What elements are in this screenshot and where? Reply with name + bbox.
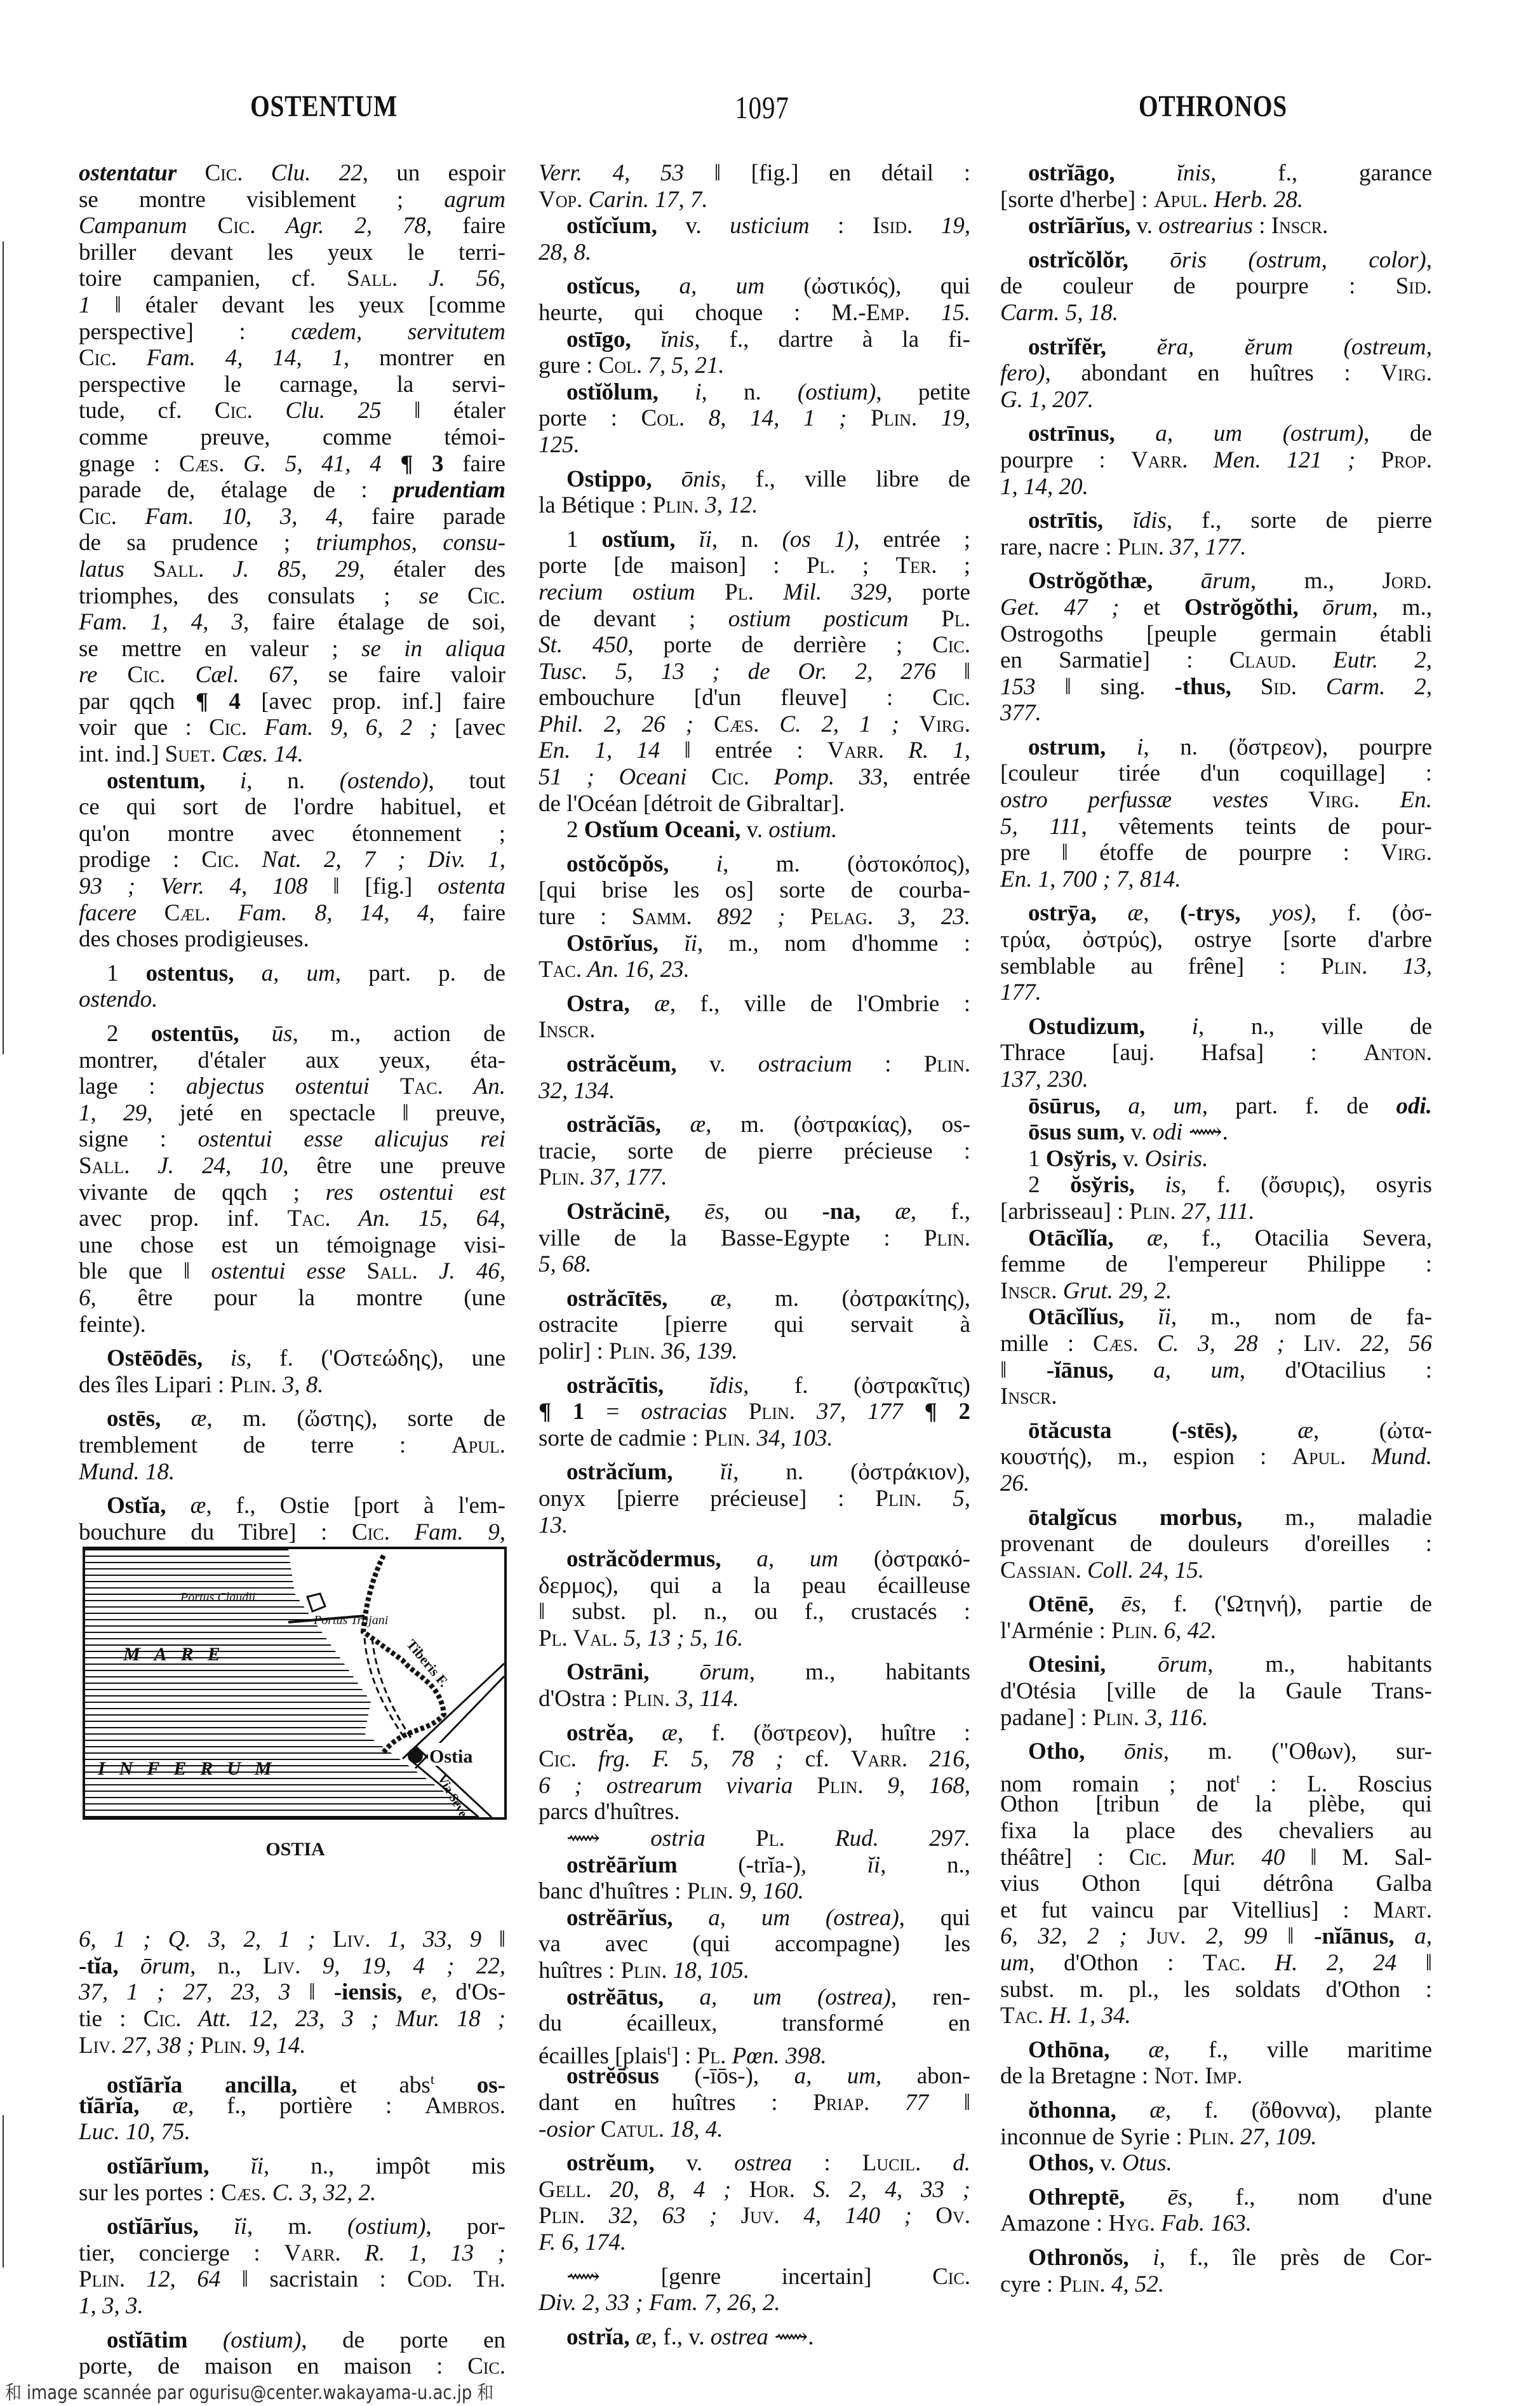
entry-line: Otācĭlĭus, ĭi, m., nom de fa-	[1000, 1304, 1432, 1331]
entry-text: Coll. 24, 15.	[1081, 1557, 1204, 1583]
entry-text: Juv.	[1127, 1923, 1186, 1949]
entry-text: , entrée ;	[854, 527, 970, 553]
entry-text: , entrée	[883, 764, 970, 790]
entry-line: Cic. Fam. 4, 14, 1, montrer en	[79, 345, 506, 372]
entry-text: ōrum	[650, 1659, 749, 1685]
entry-text: C. 2, 1 ;	[759, 711, 899, 737]
entry-line: de devant ; ostium posticum Pl.	[539, 606, 970, 633]
entry-text: , être pour la montre (une	[91, 1285, 506, 1311]
entry-text: ĭi	[199, 2214, 247, 2240]
entry-text: (ὀστρακό-	[838, 1546, 970, 1572]
entry-text: Plin.	[609, 1338, 655, 1364]
entry-text: Cic.	[201, 847, 239, 873]
entry-text: 377.	[1000, 700, 1041, 726]
entry-text: d.	[921, 2150, 970, 2176]
entry-text: Varr.	[827, 737, 884, 763]
entry-line: Pl. Val. 5, 13 ; 5, 16.	[539, 1625, 970, 1652]
entry-text: une chose est un témoignage visi-	[79, 1232, 506, 1258]
headword: ¶ 3	[382, 451, 444, 477]
entry-line: [sorte d'herbe] : Apul. Herb. 28.	[1000, 187, 1432, 213]
entry-text: res ostentui est	[326, 1179, 506, 1206]
entry-text: 5, 111	[1000, 814, 1081, 840]
entry-text: de sa prudence ;	[79, 530, 316, 556]
entry-line: ostŏcŏpŏs, i, m. (ὀστοκόπος),	[539, 851, 970, 878]
entry-text: Suet.	[165, 741, 216, 767]
entry-text: J. 24, 10	[130, 1153, 283, 1179]
map-label-portus-claudii: Portus Claudii	[180, 1590, 255, 1604]
entry-line: ville de la Basse-Egypte : Plin.	[539, 1225, 970, 1252]
entry-text: Div. 2, 33 ; Fam. 7, 26, 2.	[539, 2290, 780, 2316]
entry-line: des îles Lipari : Plin. 3, 8.	[79, 1372, 506, 1399]
entry-line: Othon [tribun de la plèbe, qui	[1000, 1791, 1432, 1818]
entry-line: ture : Samm. 892 ; Pelag. 3, 23.	[539, 904, 970, 931]
entry-text: Cic.	[177, 160, 243, 186]
entry-text: , d'Os-	[431, 1979, 506, 2005]
entry-text: et fut vaincu par Vitellius] :	[1000, 1897, 1373, 1923]
entry-line: 1, 3, 3.	[79, 2293, 506, 2320]
entry-text: , un espoir	[363, 160, 506, 186]
entry-text: Catul.	[594, 2116, 664, 2142]
entry-text: -osior	[539, 2116, 594, 2142]
entry-text: Cic.	[1129, 1845, 1167, 1871]
entry-line: onyx [pierre précieuse] : Plin. 5,	[539, 1486, 970, 1512]
entry-text: , faire	[426, 213, 506, 239]
entry-line: Ostudizum, i, n., ville de	[1000, 1014, 1432, 1040]
entry-text: v.	[1094, 2150, 1122, 2176]
entry-text: , f., ville libre de	[721, 466, 970, 492]
entry-text: 3, 8.	[277, 1372, 324, 1398]
entry-line: ostrĕōsus (-īōs-), a, um, abon-	[539, 2063, 970, 2090]
entry-text: æ	[140, 2093, 189, 2119]
headword: Otācĭlĭus,	[1028, 1304, 1124, 1330]
entry-text: æ	[630, 991, 670, 1017]
entry-line: ostrĭfĕr, ĕra, ĕrum (ostreum,	[1000, 334, 1432, 361]
entry-text: , étaler des	[359, 556, 506, 582]
headword: Othos,	[1028, 2150, 1094, 2176]
entry-text: ‖	[928, 2090, 970, 2116]
entry-text: Plin.	[620, 1958, 667, 1984]
entry-text: a, um (ostrum)	[1115, 420, 1363, 447]
entry-text: Pl.	[695, 579, 754, 605]
entry-text: Varr.	[851, 1746, 907, 1772]
entry-line: 6 ; ostrearum vivaria Plin. 9, 168,	[539, 1773, 970, 1799]
entry-text: se mettre en valeur ;	[79, 636, 361, 662]
entry-text: Pl. Val.	[539, 1625, 618, 1651]
entry-line: ostrīnus, a, um (ostrum), de	[1000, 420, 1432, 447]
entry-text: , f., dartre à la fi-	[694, 326, 970, 353]
entry-text: huîtres :	[539, 1958, 620, 1984]
entry-text: 2	[566, 817, 584, 843]
entry-text: 2, 99	[1186, 1923, 1268, 1949]
entry-line: 6, être pour la montre (une	[79, 1285, 506, 1312]
entry-text: Prop.	[1355, 447, 1432, 473]
entry-line: triomphes, des consulats ; se Cic.	[79, 583, 506, 610]
entry-text: Eutr. 2,	[1297, 647, 1432, 673]
headword: Otesini,	[1028, 1651, 1106, 1677]
entry-text: 1	[566, 527, 601, 553]
entry-text: ⟿.	[768, 2324, 814, 2350]
entry-text: 26.	[1000, 1470, 1029, 1496]
entry-line: ostĭcĭum, v. usticium : Isid. 19,	[539, 213, 970, 239]
entry-line: -tĭa, ōrum, n., Liv. 9, 19, 4 ; 22,	[79, 1953, 506, 1980]
entry-line: ostĭcus, a, um (ὠστικός), qui	[539, 273, 970, 300]
entry-text: (ostium)	[798, 379, 876, 405]
entry-line: et fut vaincu par Vitellius] : Mart.	[1000, 1897, 1432, 1924]
ostia-map: Portus Claudii Portus Trajani MARE INFER…	[83, 1547, 507, 1820]
entry-text: Plin.	[1111, 1618, 1158, 1644]
entry-text: Plin.	[539, 2203, 585, 2229]
entry-text: H. 1, 34.	[1043, 2003, 1131, 2029]
headword: ostrĕātus,	[566, 1984, 664, 2010]
entry-text: lage :	[79, 1073, 186, 1099]
entry-line: se mettre en valeur ; se in aliqua	[79, 636, 506, 662]
entry-text: :	[792, 2150, 862, 2176]
entry-text: 9, 14.	[247, 2033, 306, 2059]
entry-line: ostrĕa, æ, f. (ὄστρεον), huître :	[539, 1720, 970, 1747]
entry-text: Fam. 4, 14, 1	[117, 345, 344, 371]
entry-text: 15.	[910, 300, 970, 326]
entry-text: , faire	[429, 900, 506, 926]
entry-text: des choses prodigieuses.	[79, 926, 309, 952]
entry-text: 6, 1 ; Q. 3, 2, 1 ;	[79, 1926, 316, 1952]
entry-text: ostrea	[734, 2150, 792, 2176]
entry-line: Ostippo, ōnis, f., ville libre de	[539, 466, 970, 493]
entry-text: e	[403, 1979, 431, 2005]
headword: ostīgo,	[566, 326, 631, 353]
entry-text: æ	[1097, 900, 1143, 926]
entry-line: Inscr.	[1000, 1383, 1432, 1410]
entry-line: banc d'huîtres : Plin. 9, 160.	[539, 1878, 970, 1905]
entry-text: , tout	[428, 768, 506, 794]
entry-text: 27, 38 ;	[116, 2033, 194, 2059]
entry-text: 1, 33, 9	[370, 1926, 481, 1952]
entry-text: Herb. 28.	[1208, 187, 1303, 213]
entry-line: des choses prodigieuses.	[79, 926, 506, 953]
entry-line: tude, cf. Cic. Clu. 25 ‖ étaler	[79, 398, 506, 424]
headword: Ostra,	[566, 991, 630, 1017]
entry-text: , f., sorte de pierre	[1167, 507, 1432, 534]
entry-text: , faire parade	[337, 504, 506, 530]
entry-text: 3, 114.	[670, 1686, 739, 1712]
entry-text: Juv.	[717, 2203, 780, 2229]
entry-text: 1	[107, 960, 146, 986]
headword: -na,	[822, 1199, 861, 1225]
entry-text: Sid.	[1231, 674, 1297, 700]
entry-text: a, um	[721, 1546, 839, 1572]
headword: ostrăcītis,	[566, 1373, 664, 1399]
entry-line: δερμος), qui a la peau écailleuse	[539, 1573, 970, 1599]
entry-text: , faire étalage de soi,	[243, 609, 506, 635]
entry-line: 1, 29, jeté en spectacle ‖ preuve,	[79, 1100, 506, 1127]
entry-text: Thrace [auj. Hafsa] :	[1000, 1040, 1363, 1066]
entry-text: 1, 3, 3.	[79, 2293, 144, 2319]
entry-line: femme de l'empereur Philippe :	[1000, 1251, 1432, 1278]
entry-line: sorte de cadmie : Plin. 34, 103.	[539, 1425, 970, 1452]
entry-line: Plin. 32, 63 ; Juv. 4, 140 ; Ov.	[539, 2203, 970, 2229]
entry-text: Plin.	[1321, 953, 1367, 979]
entry-text: Cic.	[932, 632, 970, 658]
entry-text: dant en huîtres :	[539, 2090, 813, 2116]
entry-line: mille : Cæs. C. 3, 28 ; Liv. 22, 56	[1000, 1331, 1432, 1357]
entry-text: , f., portière :	[188, 2093, 425, 2119]
entry-line: padane] : Plin. 3, 116.	[1000, 1705, 1432, 1731]
entry-text: Rud. 297.	[785, 1825, 970, 1852]
entry-text: ‖ entrée :	[660, 737, 827, 763]
entry-line: Ostra, æ, f., ville de l'Ombrie :	[539, 991, 970, 1018]
entry-line: 125.	[539, 432, 970, 459]
entry-text: Tac.	[539, 957, 582, 983]
entry-text: agrum	[444, 187, 506, 213]
headword: ostrīnus,	[1028, 420, 1115, 447]
entry-text: ostrea	[711, 2324, 768, 2350]
entry-text: Inscr.	[1271, 213, 1329, 239]
entry-text: Ostrogoths [peuple germain établi	[1000, 621, 1432, 647]
entry-text: Hor.	[731, 2177, 795, 2203]
entry-text: cyre :	[1000, 2271, 1059, 2297]
entry-text: , f., île près de Cor-	[1160, 2245, 1432, 2271]
entry-text: ostria	[650, 1825, 705, 1852]
entry-line: pre ‖ étoffe de pourpre : Virg.	[1000, 840, 1432, 866]
entry-line: Liv. 27, 38 ; Plin. 9, 14.	[79, 2033, 506, 2059]
entry-line: 26.	[1000, 1470, 1432, 1497]
entry-text: Pomp. 33	[749, 764, 883, 790]
entry-text: triomphes, des consulats ;	[79, 583, 419, 609]
entry-text: 6 ; ostrearum vivaria	[539, 1773, 793, 1799]
entry-line: Get. 47 ; et Ostrŏgŏthi, ōrum, m.,	[1000, 595, 1432, 621]
entry-line: Inscr.	[539, 1017, 970, 1044]
entry-text: a, um	[234, 960, 335, 986]
entry-text: Sall.	[124, 556, 204, 582]
entry-text: re	[79, 662, 97, 688]
entry-text: v.	[740, 817, 768, 843]
headword: -nĭānus,	[1314, 1923, 1394, 1949]
entry-line: tier, concierge : Varr. R. 1, 13 ;	[79, 2240, 506, 2267]
entry-text: se montre visiblement ;	[79, 187, 444, 213]
entry-text: Mur. 40	[1167, 1845, 1285, 1871]
entry-text: , m. (ὀστρακίας), os-	[706, 1112, 970, 1138]
entry-text: 4, 52.	[1106, 2271, 1165, 2297]
entry-text: :	[1253, 213, 1271, 239]
entry-text: ,	[1143, 900, 1180, 926]
entry-text: 2	[107, 1021, 151, 1047]
entry-text: comme preuve, comme témoi-	[79, 424, 506, 450]
entry-text: ture :	[539, 904, 632, 930]
entry-text: gnage :	[79, 451, 179, 477]
headword: Othronŏs,	[1028, 2245, 1129, 2271]
headword: ostentum,	[107, 768, 205, 794]
entry-text: Cæl.	[137, 900, 211, 926]
entry-text: J. 85, 29	[204, 556, 359, 582]
entry-text: Cic.	[187, 213, 256, 239]
entry-text: , m., habitants	[749, 1659, 970, 1685]
entry-text: [avec	[438, 715, 506, 741]
entry-text: avec prop. inf.	[79, 1206, 288, 1232]
entry-text: 5, 68.	[539, 1251, 591, 1277]
entry-text: Plin.	[924, 1051, 970, 1077]
entry-text: Priap.	[813, 2090, 869, 2116]
entry-line: se montre visiblement ; agrum	[79, 187, 506, 213]
entry-line: embouchure [d'un fleuve] : Cic.	[539, 685, 970, 711]
entry-text: voir que :	[79, 715, 209, 741]
entry-line: signe : ostentui esse alicujus rei	[79, 1126, 506, 1153]
entry-line: 93 ; Verr. 4, 108 ‖ [fig.] ostenta	[79, 873, 506, 900]
entry-line: huîtres : Plin. 18, 105.	[539, 1958, 970, 1984]
entry-text: , n. (ὄστρεον), pourpre	[1143, 734, 1432, 760]
entry-line: semblable au frêne] : Plin. 13,	[1000, 953, 1432, 980]
entry-line: ostrȳa, æ, (-trys, yos), f. (ὀσ-	[1000, 900, 1432, 927]
entry-line: ostrum, i, n. (ὄστρεον), pourpre	[1000, 734, 1432, 761]
entry-text: i	[1106, 734, 1143, 760]
entry-text: 22, 56	[1341, 1331, 1432, 1357]
entry-text: Cic.	[215, 398, 253, 424]
entry-text: tude, cf.	[79, 398, 215, 424]
entry-line: Otēnē, ēs, f. ('Ωτηνή), partie de	[1000, 1591, 1432, 1618]
entry-text: An.	[443, 1073, 506, 1099]
entry-text: i	[1129, 2245, 1160, 2271]
entry-line: ostĭātim (ostium), de porte en	[79, 2327, 506, 2354]
entry-text: triumphos, consu-	[316, 530, 506, 556]
entry-text: fero)	[1000, 360, 1045, 386]
entry-text: Plin.	[1093, 1705, 1139, 1731]
entry-text: , m. (ὀστρακίτης),	[726, 1286, 970, 1312]
entry-text: Cic.	[539, 1746, 577, 1772]
entry-text: Cic.	[686, 764, 749, 790]
entry-line: ōtăcusta (-stēs), æ, (ὠτα-	[1000, 1418, 1432, 1444]
headword: ostrăcītēs,	[566, 1286, 667, 1312]
entry-line: St. 450, porte de derrière ; Cic.	[539, 632, 970, 659]
entry-line: gure : Col. 7, 5, 21.	[539, 353, 970, 379]
entry-text: , porte	[887, 579, 970, 605]
entry-line: pourpre : Varr. Men. 121 ; Prop.	[1000, 447, 1432, 474]
headword: ostrum,	[1028, 734, 1106, 760]
entry-line: ōsus sum, v. odi ⟿.	[1000, 1119, 1432, 1146]
entry-text: ōris (ostrum, color)	[1128, 247, 1426, 273]
entry-line: recium ostium Pl. Mil. 329, porte	[539, 579, 970, 606]
entry-text: porte, de maison en maison :	[79, 2353, 467, 2379]
entry-text: 153	[1000, 674, 1036, 700]
entry-text: 1	[1028, 1146, 1046, 1172]
entry-line: ostĭārĭus, ĭi, m. (ostium), por-	[79, 2214, 506, 2240]
headword: ostrĕōsus	[566, 2063, 659, 2089]
entry-line: ostrăcĭum, ĭi, n. (ὀστράκιον),	[539, 1459, 970, 1486]
entry-text: Cic.	[439, 583, 506, 609]
scan-edge-line	[3, 2115, 4, 2268]
entry-text: 13,	[1367, 953, 1432, 979]
entry-line: Tac. An. 16, 23.	[539, 957, 970, 983]
entry-text: polir] :	[539, 1338, 609, 1364]
entry-line: perspective] : cædem, servitutem	[79, 319, 506, 346]
dictionary-column-3: ostrĭāgo, ĭnis, f., garance[sorte d'herb…	[1000, 160, 1432, 2297]
entry-text: parcs d'huîtres.	[539, 1799, 680, 1825]
entry-text: En. 1, 700 ; 7, 814.	[1000, 866, 1181, 892]
entry-text: ārum	[1153, 568, 1250, 594]
page-number: 1097	[658, 89, 866, 126]
entry-text: 1, 14, 20.	[1000, 474, 1088, 500]
entry-text: cf.	[784, 1746, 851, 1772]
entry-text: Virg.	[1381, 840, 1432, 866]
entry-text: , f.,	[911, 1199, 970, 1225]
entry-line: Sall. J. 24, 10, être une preuve	[79, 1153, 506, 1179]
entry-text: , m. (ὤστης), sorte de	[206, 1406, 506, 1432]
entry-line: Otesini, ōrum, m., habitants	[1000, 1651, 1432, 1678]
entry-text: ēs	[1094, 1591, 1141, 1617]
entry-text: 6, 32, 2 ;	[1000, 1923, 1127, 1949]
entry-line: ōtalgĭcus morbus, m., maladie	[1000, 1505, 1432, 1531]
entry-text: du écailleux, transformé en	[539, 2010, 970, 2036]
entry-text: , être une preuve	[283, 1153, 506, 1179]
entry-text: tremblement de terre :	[79, 1432, 452, 1458]
entry-text: G. 1, 207.	[1000, 387, 1094, 413]
entry-text: [avec prop. inf.] faire	[241, 689, 506, 715]
entry-text: tracie, sorte de pierre précieuse :	[539, 1138, 970, 1164]
entry-text: , part. p. de	[335, 960, 506, 986]
entry-text: ĭnis	[631, 326, 695, 353]
entry-text: ōrum	[1106, 1651, 1207, 1677]
entry-line: 1 ostentus, a, um, part. p. de	[79, 960, 506, 987]
entry-text: 37, 177.	[585, 1164, 667, 1190]
entry-text: Tac.	[288, 1206, 331, 1232]
entry-text: Ambros.	[425, 2093, 506, 2119]
entry-text: odi	[1153, 1119, 1182, 1145]
entry-text: 37, 177	[795, 1399, 903, 1425]
entry-line: Cassian. Coll. 24, 15.	[1000, 1557, 1432, 1584]
entry-text: , f., ville maritime	[1164, 2037, 1432, 2063]
headword: ostrăcŏdermus,	[566, 1546, 721, 1572]
entry-text: æ	[166, 1493, 206, 1519]
entry-text: pourpre :	[1000, 447, 1131, 473]
entry-text: ōnis	[652, 466, 721, 492]
entry-line: ostĭārĭum, ĭi, n., impôt mis	[79, 2153, 506, 2180]
entry-text: æ	[860, 1199, 911, 1225]
entry-text: , n.	[712, 527, 782, 553]
entry-text: , f., v.	[652, 2324, 711, 2350]
entry-text: Tac.	[370, 1073, 443, 1099]
entry-text: ĭdis	[1103, 507, 1167, 534]
entry-text: porte [de maison] :	[539, 553, 807, 579]
entry-text: 125.	[539, 432, 580, 458]
headword: Otācĭlĭa,	[1028, 1225, 1114, 1251]
entry-text: Col.	[599, 353, 643, 379]
entry-text: v.	[1117, 1146, 1145, 1172]
entry-text: æ	[661, 1112, 706, 1138]
entry-text: tier, concierge :	[79, 2240, 284, 2266]
entry-text: Nat. 2, 7 ; Div. 1,	[239, 847, 506, 873]
entry-text: ēs	[670, 1199, 724, 1225]
entry-text: Cic.	[79, 504, 117, 530]
entry-text: , f., garance	[1210, 160, 1432, 186]
entry-text: Plin.	[847, 405, 917, 431]
entry-text: Cic.	[467, 2353, 506, 2379]
entry-line: Thrace [auj. Hafsa] : Anton.	[1000, 1040, 1432, 1066]
entry-text: Lucil.	[862, 2150, 921, 2176]
entry-line: l'Arménie : Plin. 6, 42.	[1000, 1618, 1432, 1644]
entry-line: ōsūrus, a, um, part. f. de odi.	[1000, 1093, 1432, 1120]
entry-text: Cod. Th.	[407, 2266, 506, 2292]
entry-line: du écailleux, transformé en	[539, 2010, 970, 2037]
entry-text: Mart.	[1373, 1897, 1432, 1923]
entry-text: Plin.	[875, 1486, 921, 1512]
headword: ostĭātim	[107, 2327, 187, 2353]
headword: ostēs,	[107, 1406, 161, 1432]
map-caption: OSTIA	[83, 1839, 508, 1860]
dictionary-column-1: ostentatur Cic. Clu. 22, un espoirse mon…	[79, 160, 506, 2380]
entry-text: , n.,	[190, 1953, 263, 1979]
entry-text: padane] :	[1000, 1705, 1093, 1731]
entry-line: dant en huîtres : Priap. 77 ‖	[539, 2090, 970, 2116]
headword: ŏthonna,	[1028, 2097, 1116, 2123]
entry-text: :	[852, 1051, 924, 1077]
entry-text: , f., ville de l'Ombrie :	[670, 991, 970, 1017]
